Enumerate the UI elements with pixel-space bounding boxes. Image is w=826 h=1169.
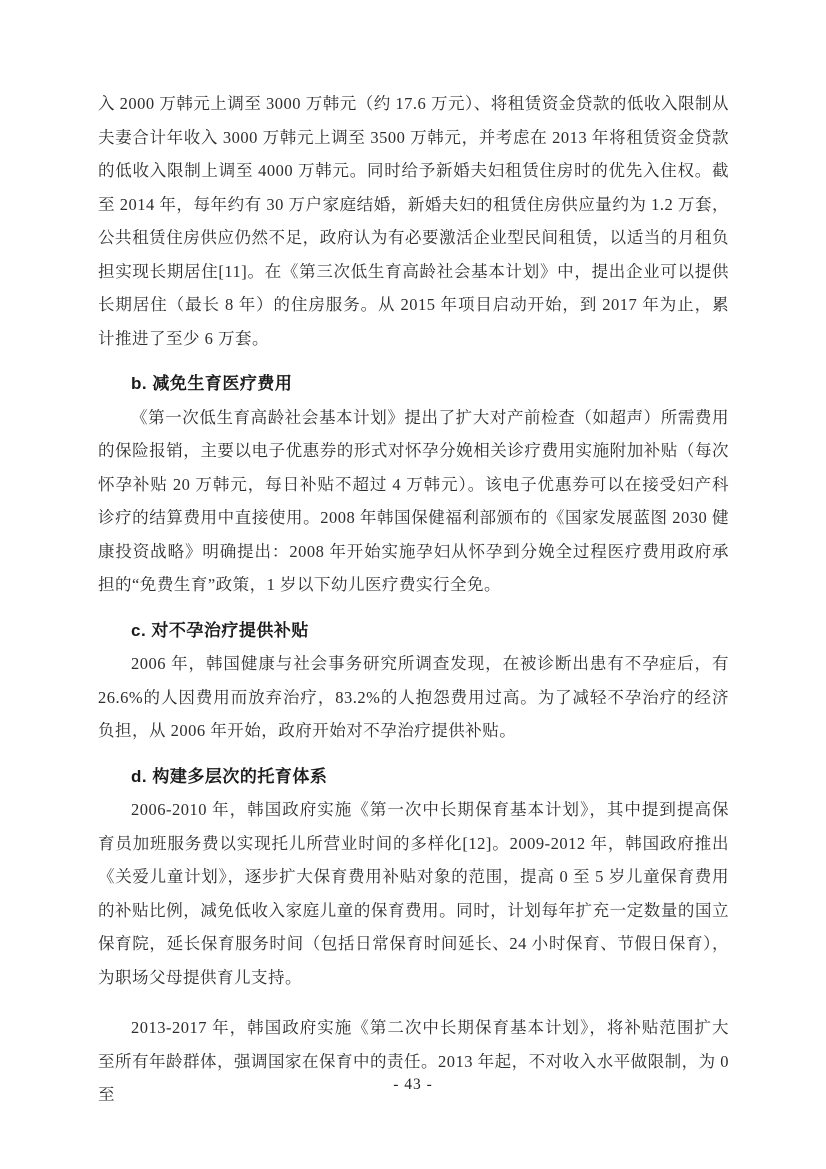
section-heading-b-medical-fee-reduction: b. 减免生育医疗费用 [98, 367, 729, 401]
document-page: 入 2000 万韩元上调至 3000 万韩元（约 17.6 万元）、将租赁资金贷… [0, 0, 826, 1169]
body-paragraph-infertility: 2006 年，韩国健康与社会事务研究所调查发现，在被诊断出患有不孕症后，有 26… [98, 647, 729, 748]
section-heading-c-infertility-subsidy: c. 对不孕治疗提供补贴 [98, 614, 729, 648]
body-paragraph-childcare-plan2: 2013-2017 年，韩国政府实施《第二次中长期保育基本计划》，将补贴范围扩大… [98, 1011, 729, 1112]
body-paragraph-medical-fee: 《第一次低生育高龄社会基本计划》提出了扩大对产前检查（如超声）所需费用的保险报销… [98, 401, 729, 602]
section-heading-d-childcare-system: d. 构建多层次的托育体系 [98, 760, 729, 794]
page-number: - 43 - [0, 1076, 826, 1094]
document-body: 入 2000 万韩元上调至 3000 万韩元（约 17.6 万元）、将租赁资金贷… [98, 87, 729, 1112]
body-paragraph-childcare-plan1: 2006-2010 年，韩国政府实施《第一次中长期保育基本计划》，其中提到提高保… [98, 793, 729, 994]
body-paragraph-housing-continuation: 入 2000 万韩元上调至 3000 万韩元（约 17.6 万元）、将租赁资金贷… [98, 87, 729, 355]
